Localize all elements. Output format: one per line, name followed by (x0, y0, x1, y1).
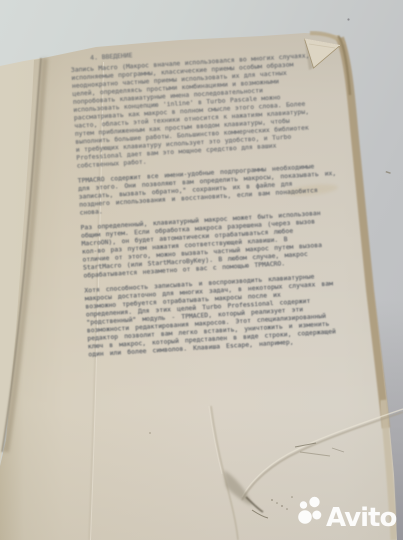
dust-speck (347, 18, 349, 20)
scratch-mark-3 (332, 448, 344, 452)
ridge-crease-highlight (209, 406, 222, 474)
spine-crease (2, 58, 41, 452)
avito-wordmark: Avito (326, 503, 396, 533)
avito-logo-icon (298, 497, 321, 524)
tear-scratch (246, 497, 263, 512)
tear-speckles (271, 496, 293, 510)
avito-watermark: Avito (294, 492, 403, 536)
diagonal-crease-highlight (242, 409, 403, 497)
paragraph: Хотя способность записывать и воспроизво… (84, 271, 342, 358)
paragraph: Запись Macro (Макрос вначале использовал… (71, 50, 331, 169)
photo-of-typewritten-page: 4. ВВЕДЕНИЕ Запись Macro (Макрос вначале… (0, 0, 403, 540)
tear-scratch-2 (252, 510, 268, 518)
page-edge (340, 38, 386, 428)
scratch-mark-2 (300, 452, 330, 456)
diagonal-crease (242, 412, 403, 500)
dust-speck (149, 432, 151, 434)
typed-text-block: 4. ВВЕДЕНИЕ Запись Macro (Макрос вначале… (70, 39, 343, 365)
paragraph: TPMACRO содержит все имени-удобные подпр… (77, 161, 333, 216)
paragraph: Раз определенный, клавиатурный макрос мо… (80, 208, 337, 279)
dust-speck (386, 171, 391, 174)
